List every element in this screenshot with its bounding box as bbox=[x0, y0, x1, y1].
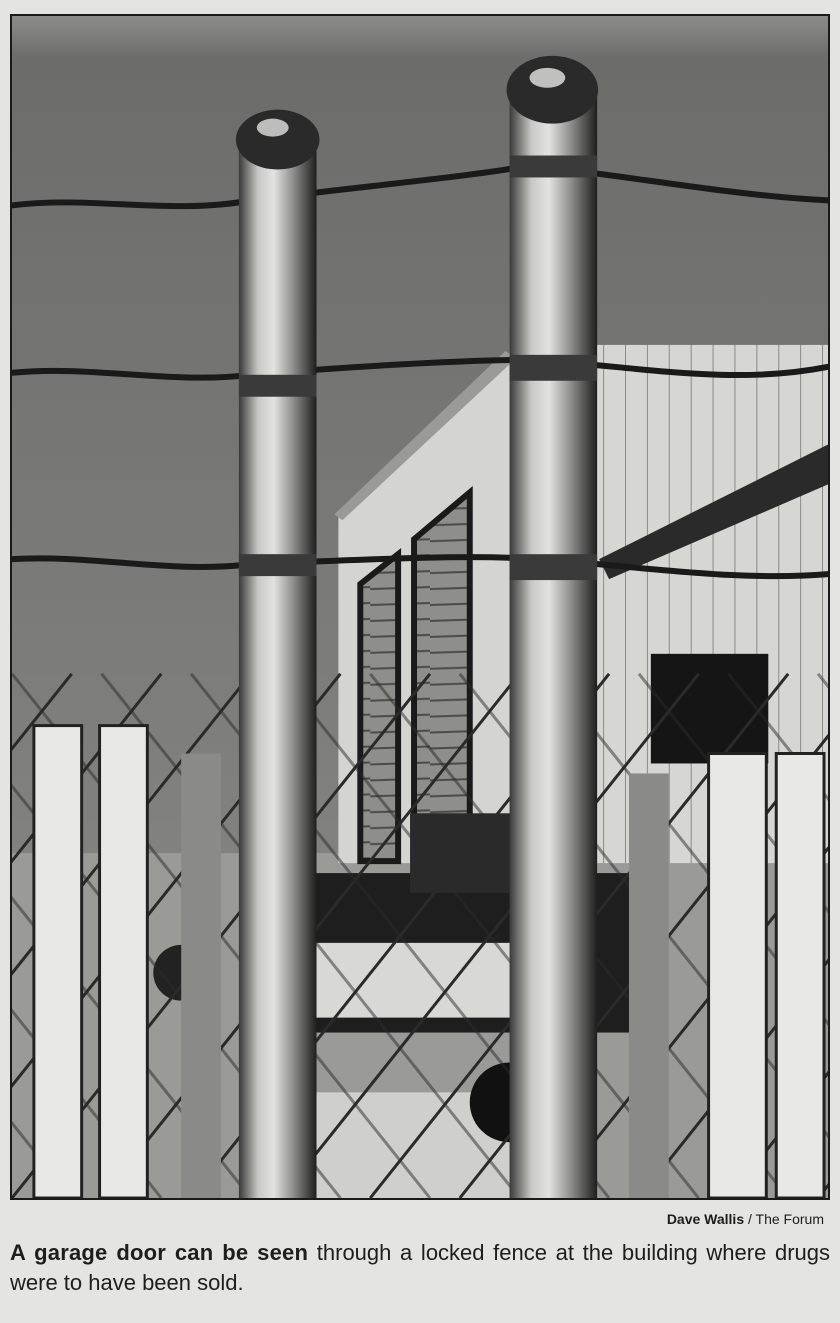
photo-caption: A garage door can be seen through a lock… bbox=[10, 1238, 830, 1298]
photo-credit: Dave Wallis / The Forum bbox=[667, 1211, 824, 1227]
news-photo bbox=[10, 14, 830, 1200]
caption-lead: A garage door can be seen bbox=[10, 1240, 308, 1265]
fence-and-garage-photo bbox=[12, 16, 828, 1198]
photographer-name: Dave Wallis bbox=[667, 1211, 744, 1227]
publication-name: The Forum bbox=[756, 1211, 824, 1227]
fence-post-right bbox=[510, 86, 598, 1198]
credit-separator: / bbox=[744, 1211, 755, 1227]
fence-post-left bbox=[239, 136, 317, 1198]
